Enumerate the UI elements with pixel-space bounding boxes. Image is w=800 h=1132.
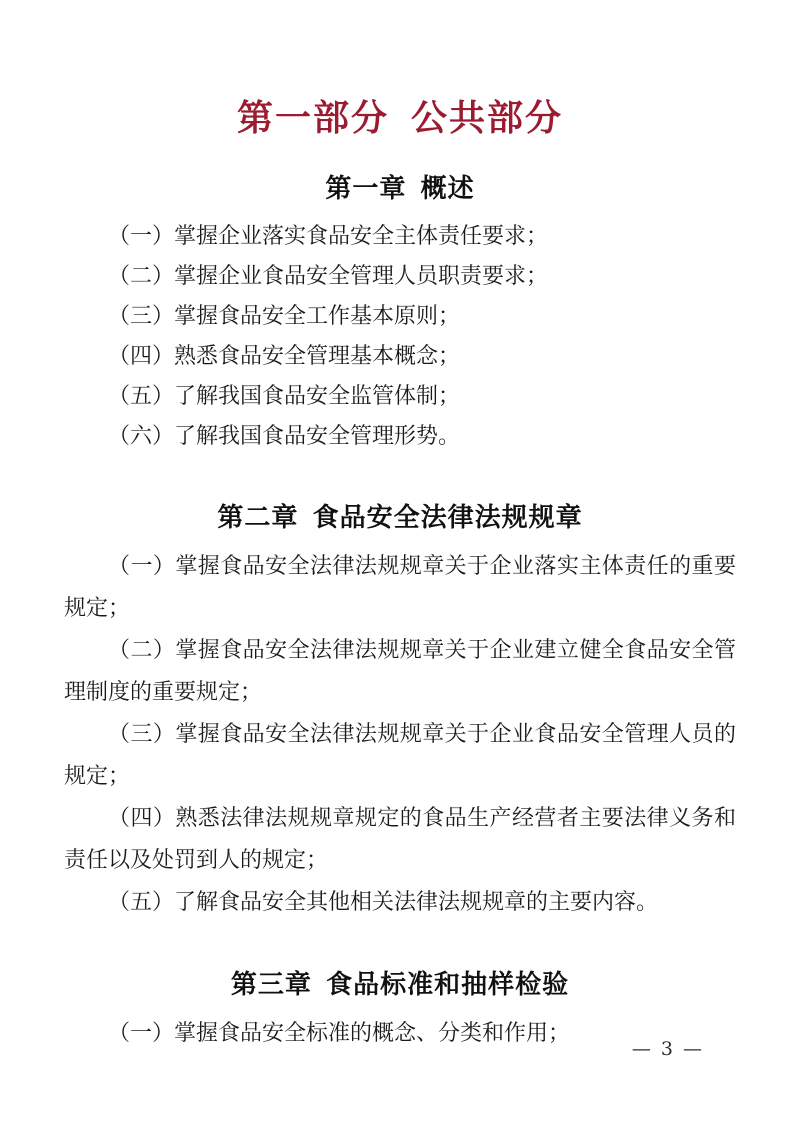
page-number: — 3 — [632, 1038, 704, 1060]
chapter-3-heading: 第三章 食品标准和抽样检验 [64, 967, 736, 1001]
list-item: （四）熟悉法律法规规章规定的食品生产经营者主要法律义务和责任以及处罚到人的规定； [64, 797, 736, 881]
chapter-2: 第二章 食品安全法律法规规章 （一）掌握食品安全法律法规规章关于企业落实主体责任… [64, 500, 736, 923]
list-item: （三）掌握食品安全法律法规规章关于企业食品安全管理人员的规定； [64, 713, 736, 797]
list-item: （六）了解我国食品安全管理形势。 [64, 416, 736, 456]
list-item: （四）熟悉食品安全管理基本概念； [64, 336, 736, 376]
chapter-2-heading: 第二章 食品安全法律法规规章 [64, 500, 736, 534]
list-item: （二）掌握企业食品安全管理人员职责要求； [64, 256, 736, 296]
chapter-1-heading: 第一章 概述 [64, 171, 736, 205]
chapter-2-items: （一）掌握食品安全法律法规规章关于企业落实主体责任的重要规定； （二）掌握食品安… [64, 545, 736, 923]
chapter-1-items: （一）掌握企业落实食品安全主体责任要求； （二）掌握企业食品安全管理人员职责要求… [64, 216, 736, 456]
list-item: （五）了解我国食品安全监管体制； [64, 376, 736, 416]
list-item: （一）掌握企业落实食品安全主体责任要求； [64, 216, 736, 256]
list-item: （二）掌握食品安全法律法规规章关于企业建立健全食品安全管理制度的重要规定； [64, 629, 736, 713]
chapter-1: 第一章 概述 （一）掌握企业落实食品安全主体责任要求； （二）掌握企业食品安全管… [64, 171, 736, 456]
list-item: （一）掌握食品安全法律法规规章关于企业落实主体责任的重要规定； [64, 545, 736, 629]
list-item: （五）了解食品安全其他相关法律法规规章的主要内容。 [64, 881, 736, 923]
document-title: 第一部分 公共部分 [64, 96, 736, 140]
document-page: 第一部分 公共部分 第一章 概述 （一）掌握企业落实食品安全主体责任要求； （二… [0, 0, 800, 1132]
list-item: （三）掌握食品安全工作基本原则； [64, 296, 736, 336]
document-content: 第一部分 公共部分 第一章 概述 （一）掌握企业落实食品安全主体责任要求； （二… [0, 0, 800, 1054]
